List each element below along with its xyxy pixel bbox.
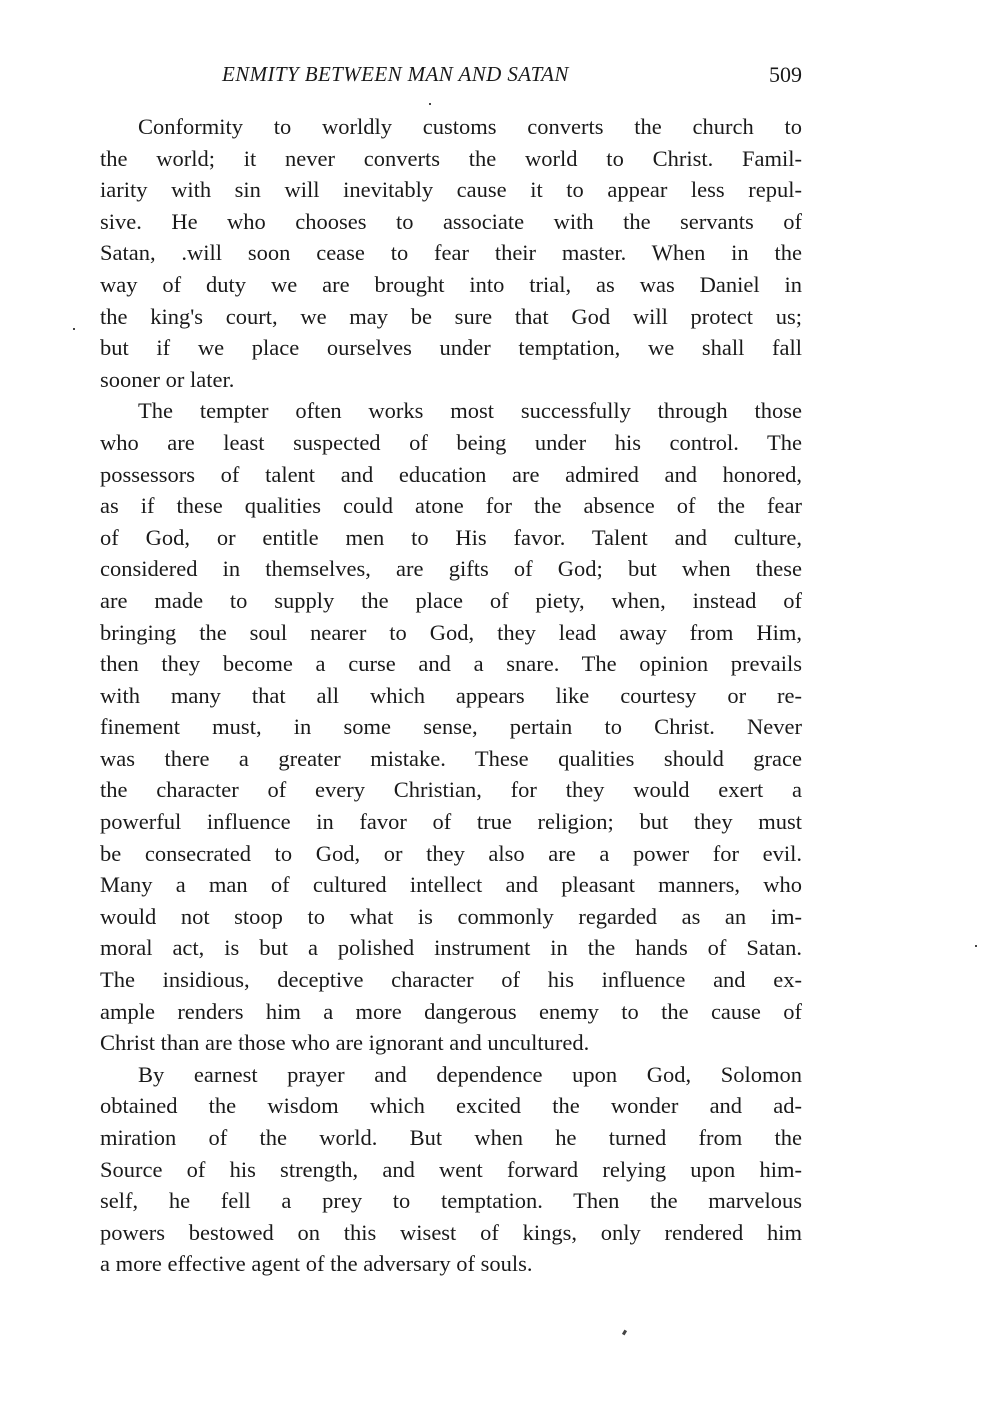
text-line: would not stoop to what is commonly rega… <box>100 901 802 933</box>
text-line: iarity with sin will inevitably cause it… <box>100 174 802 206</box>
text-line: bringing the soul nearer to God, they le… <box>100 617 802 649</box>
text-line: a more effective agent of the adversary … <box>100 1248 802 1280</box>
text-line: the character of every Christian, for th… <box>100 774 802 806</box>
text-line: Christ than are those who are ignorant a… <box>100 1027 802 1059</box>
text-line: was there a greater mistake. These quali… <box>100 743 802 775</box>
text-line: the king's court, we may be sure that Go… <box>100 301 802 333</box>
text-line: miration of the world. But when he turne… <box>100 1122 802 1154</box>
text-line: powers bestowed on this wisest of kings,… <box>100 1217 802 1249</box>
scan-speck <box>73 328 75 330</box>
book-page: ENMITY BETWEEN MAN AND SATAN 509 Conform… <box>0 0 1000 1407</box>
text-line: Conformity to worldly customs converts t… <box>100 111 802 143</box>
text-line: ample renders him a more dangerous enemy… <box>100 996 802 1028</box>
text-line: moral act, is but a polished instrument … <box>100 932 802 964</box>
page-number: 509 <box>769 62 802 88</box>
text-line: self, he fell a prey to temptation. Then… <box>100 1185 802 1217</box>
text-line: as if these qualities could atone for th… <box>100 490 802 522</box>
text-line: powerful influence in favor of true reli… <box>100 806 802 838</box>
text-line: possessors of talent and education are a… <box>100 459 802 491</box>
text-line: The tempter often works most successfull… <box>100 395 802 427</box>
scan-speck <box>975 945 977 947</box>
text-line: finement must, in some sense, pertain to… <box>100 711 802 743</box>
text-line: but if we place ourselves under temptati… <box>100 332 802 364</box>
paragraph-2: The tempter often works most successfull… <box>100 395 802 1058</box>
text-line: Source of his strength, and went forward… <box>100 1154 802 1186</box>
text-line: obtained the wisdom which excited the wo… <box>100 1090 802 1122</box>
text-line: of God, or entitle men to His favor. Tal… <box>100 522 802 554</box>
text-line: sooner or later. <box>100 364 802 396</box>
text-line: are made to supply the place of piety, w… <box>100 585 802 617</box>
text-line: with many that all which appears like co… <box>100 680 802 712</box>
text-line: sive. He who chooses to associate with t… <box>100 206 802 238</box>
text-line: Satan, .will soon cease to fear their ma… <box>100 237 802 269</box>
paragraph-3: By earnest prayer and dependence upon Go… <box>100 1059 802 1280</box>
text-line: Many a man of cultured intellect and ple… <box>100 869 802 901</box>
text-line: By earnest prayer and dependence upon Go… <box>100 1059 802 1091</box>
scan-speck <box>622 1330 627 1336</box>
text-line: considered in themselves, are gifts of G… <box>100 553 802 585</box>
text-line: then they become a curse and a snare. Th… <box>100 648 802 680</box>
text-line: the world; it never converts the world t… <box>100 143 802 175</box>
paragraph-1: Conformity to worldly customs converts t… <box>100 111 802 395</box>
running-title: ENMITY BETWEEN MAN AND SATAN <box>222 62 569 87</box>
running-head: ENMITY BETWEEN MAN AND SATAN 509 <box>100 62 802 92</box>
text-line: be consecrated to God, or they also are … <box>100 838 802 870</box>
scan-speck <box>429 103 431 105</box>
text-line: The insidious, deceptive character of hi… <box>100 964 802 996</box>
text-line: who are least suspected of being under h… <box>100 427 802 459</box>
text-line: way of duty we are brought into trial, a… <box>100 269 802 301</box>
body-text: Conformity to worldly customs converts t… <box>100 111 802 1280</box>
